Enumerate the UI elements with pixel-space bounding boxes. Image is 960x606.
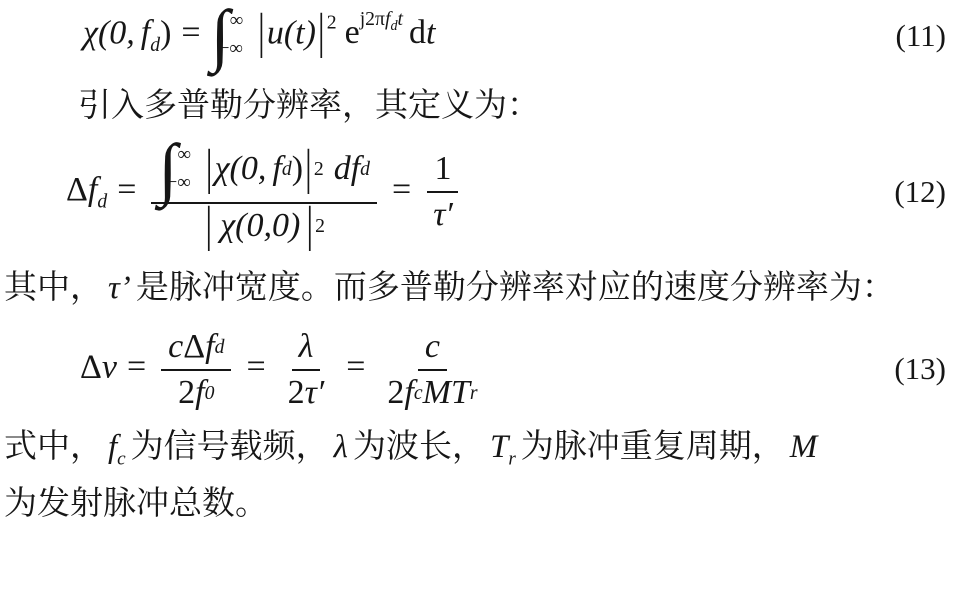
paragraph-symbols: 式中，fc为信号载频，λ为波长，Tr为脉冲重复周期，M (4, 426, 946, 470)
fc-f: f (108, 429, 117, 465)
close-paren: ) (292, 150, 303, 188)
delta-symbol: Δ (183, 328, 205, 366)
fd-subscript: d (97, 190, 107, 212)
document-page: χ(0,fd)=∫∞−∞|u(t)|2ej2πfdtdt (11) 引入多普勒分… (0, 0, 960, 606)
fraction-1: cΔfd2f0 (161, 327, 231, 412)
abs-bar: | (318, 6, 325, 61)
equation-13: Δv=cΔfd2f0=λ2τ′=c2fcMTr (80, 327, 490, 412)
fraction-main: ∫∞−∞|χ(0,fd)|2dfd|χ(0,0)|2 (151, 139, 377, 245)
sym-text-d: 为脉冲重复周期， (521, 429, 785, 465)
lower-limit: −∞ (219, 39, 243, 58)
fc-variable: f (404, 374, 413, 412)
Tr-T: T (490, 429, 508, 465)
numerator: ∫∞−∞|χ(0,fd)|2dfd (151, 139, 377, 204)
numerator: cΔfd (161, 327, 231, 371)
intro-text: 引入多普勒分辨率，其定义为： (78, 88, 540, 124)
equals-sign: = (346, 348, 365, 385)
tau-prime: τ′ (433, 196, 453, 234)
denominator: |χ(0,0)|2 (196, 204, 332, 245)
sym-text-a: 式中， (4, 429, 103, 465)
fc-sub: c (117, 448, 126, 469)
differential-t: t (426, 14, 435, 51)
abs-bar: | (206, 142, 213, 197)
fd-variable: f (272, 150, 281, 188)
f0-variable: f (195, 374, 204, 412)
delta-symbol: Δ (80, 348, 102, 385)
equals-sign: = (117, 171, 136, 208)
chi00-term: χ(0,0) (220, 207, 300, 245)
two: 2 (387, 374, 404, 412)
two: 2 (288, 374, 305, 412)
chi-term: χ(0, (83, 14, 135, 51)
equation-11-number: (11) (896, 18, 947, 54)
v-variable: v (102, 348, 117, 385)
paragraph-tau: 其中，τ’是脉冲宽度。而多普勒分辨率对应的速度分辨率为： (4, 267, 946, 311)
equation-11: χ(0,fd)=∫∞−∞|u(t)|2ej2πfdtdt (83, 6, 435, 65)
tau-prime: τ′ (305, 374, 325, 412)
last-text: 为发射脉冲总数。 (4, 486, 268, 522)
tau-prime: τ’ (108, 270, 131, 306)
delta-symbol: Δ (66, 171, 88, 208)
exp-f-sub: d (390, 18, 397, 34)
M-variable: M (790, 429, 818, 465)
fraction-3: c2fcMTr (380, 327, 484, 412)
sym-text-b: 为信号载频， (131, 429, 329, 465)
chi-term: χ(0, (215, 150, 267, 188)
equation-13-row: Δv=cΔfd2f0=λ2τ′=c2fcMTr (13) (4, 327, 946, 412)
Tr-variable: Tr (490, 429, 516, 465)
exp-t: t (398, 8, 403, 30)
df-term: df (334, 150, 360, 188)
lambda-variable: λ (334, 429, 348, 465)
c-variable: c (425, 328, 440, 366)
integral-group: ∫∞−∞ (158, 140, 201, 199)
equation-12-number: (12) (894, 174, 946, 210)
differential-d: d (409, 14, 426, 51)
fd-variable: f (205, 328, 214, 366)
fd-variable: f (88, 171, 97, 208)
numerator: c (418, 327, 447, 371)
abs-bar: | (305, 142, 312, 197)
denominator: 2f0 (171, 371, 221, 412)
integral-group: ∫∞−∞ (211, 6, 254, 65)
equation-13-number: (13) (894, 351, 946, 387)
close-paren: ) (160, 14, 171, 51)
equals-sign: = (127, 348, 146, 385)
ut-term: u(t) (267, 14, 316, 51)
upper-limit: ∞ (177, 145, 201, 164)
fd-variable: f (141, 14, 150, 51)
integral-limits: ∞−∞ (177, 148, 201, 192)
equation-11-row: χ(0,fd)=∫∞−∞|u(t)|2ej2πfdtdt (11) (4, 6, 946, 65)
lower-limit: −∞ (166, 173, 190, 192)
one: 1 (434, 150, 451, 188)
lambda-variable: λ (299, 328, 314, 366)
squared-exponent: 2 (327, 12, 337, 34)
paragraph-intro: 引入多普勒分辨率，其定义为： (4, 85, 946, 129)
abs-bar: | (258, 6, 265, 61)
fd-subscript: d (150, 34, 160, 56)
equation-12-row: Δfd=∫∞−∞|χ(0,fd)|2dfd|χ(0,0)|2=1τ′ (12) (4, 139, 946, 245)
sym-text-c: 为波长， (353, 429, 485, 465)
paragraph-last: 为发射脉冲总数。 (4, 483, 946, 527)
tau-text-a: 其中， (4, 270, 103, 306)
two: 2 (178, 374, 195, 412)
fraction-result: 1τ′ (426, 149, 460, 234)
Tr-sub: r (508, 448, 515, 469)
equals-sign: = (246, 348, 265, 385)
e-term: e (345, 14, 360, 51)
fraction-2: λ2τ′ (281, 327, 332, 412)
equals-sign: = (181, 14, 200, 51)
denominator: τ′ (426, 193, 460, 234)
fc-variable: fc (108, 429, 126, 465)
denominator: 2fcMTr (380, 371, 484, 412)
denominator: 2τ′ (281, 371, 332, 412)
equals-sign: = (392, 171, 411, 208)
numerator: 1 (427, 149, 458, 193)
numerator: λ (292, 327, 321, 371)
MT-variables: MT (423, 374, 470, 412)
c-variable: c (168, 328, 183, 366)
exp-coef: j2π (360, 8, 385, 30)
tau-text-b: 是脉冲宽度。而多普勒分辨率对应的速度分辨率为： (136, 270, 895, 306)
equation-12: Δfd=∫∞−∞|χ(0,fd)|2dfd|χ(0,0)|2=1τ′ (66, 139, 465, 245)
abs-bar: | (306, 198, 313, 253)
upper-limit: ∞ (230, 11, 254, 30)
e-exponent: j2πfdt (360, 8, 403, 30)
integral-limits: ∞−∞ (230, 14, 254, 58)
abs-bar: | (205, 198, 212, 253)
